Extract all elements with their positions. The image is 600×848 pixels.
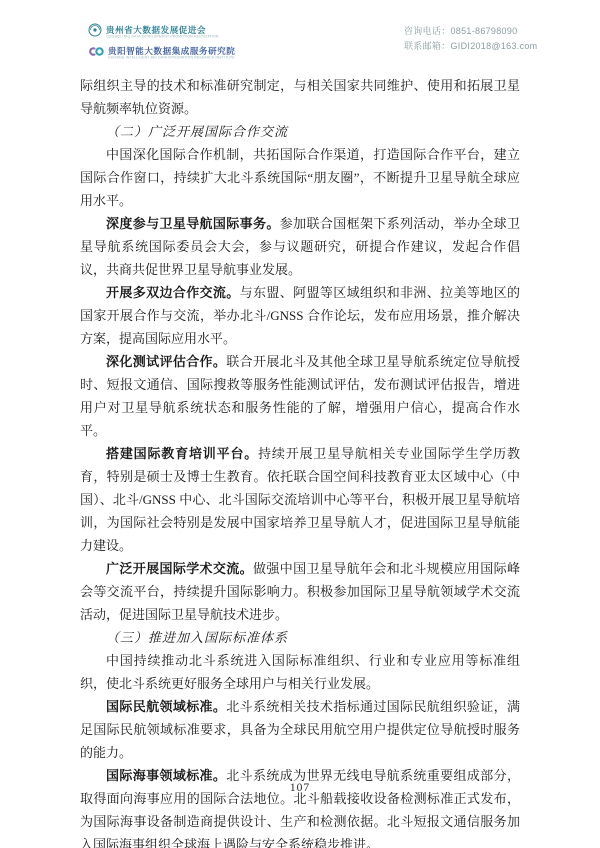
paragraph: 广泛开展国际学术交流。做强中国卫星导航年会和北斗规模应用国际峰会等交流平台，持续… — [80, 557, 520, 626]
paragraph: 中国持续推动北斗系统进入国际标准组织、行业和专业应用等标准组织，使北斗系统更好服… — [80, 649, 520, 695]
paragraph: 中国深化国际合作机制，共拓国际合作渠道，打造国际合作平台，建立国际合作窗口，持续… — [80, 143, 520, 212]
contact-email: 联系邮箱：GIDI2018@163.com — [404, 39, 537, 54]
org2-logo: 贵阳智能大数据集成服务研究院 GUIYANG INTELLIGENT BIG D… — [88, 45, 257, 63]
contact-phone: 咨询电话：0851-86798090 — [404, 24, 537, 39]
header-contact: 咨询电话：0851-86798090 联系邮箱：GIDI2018@163.com — [404, 24, 537, 54]
paragraph: 开展多双边合作交流。与东盟、阿盟等区域组织和非洲、拉美等地区的国家开展合作与交流… — [80, 281, 520, 350]
paragraph: 搭建国际教育培训平台。持续开展卫星导航相关专业国际学生学历教育，特别是硕士及博士… — [80, 442, 520, 557]
document-body: 际组织主导的技术和标准研究制定，与相关国家共同维护、使用和拓展卫星导航频率轨位资… — [80, 74, 520, 848]
section-heading-3: （三）推进加入国际标准体系 — [80, 626, 520, 649]
paragraph-lead: 国际民航领域标准。 — [106, 699, 226, 714]
org2-subtitle: GUIYANG INTELLIGENT BIG DATA INTEGRATION… — [108, 56, 235, 60]
paragraph: 深度参与卫星导航国际事务。参加联合国框架下系列活动，举办全球卫星导航系统国际委员… — [80, 212, 520, 281]
paragraph-lead: 开展多双边合作交流。 — [106, 285, 240, 300]
paragraph: 国际海事领域标准。北斗系统成为世界无线电导航系统重要组成部分，取得面向海事应用的… — [80, 764, 520, 848]
org1-subtitle: GUIZHOU BIG DATA DEVELOPMENT PROMOTION A… — [106, 35, 219, 39]
paragraph-lead: 搭建国际教育培训平台。 — [106, 446, 258, 461]
paragraph-continuation: 际组织主导的技术和标准研究制定，与相关国家共同维护、使用和拓展卫星导航频率轨位资… — [80, 74, 520, 120]
paragraph: 深化测试评估合作。联合开展北斗及其他全球卫星导航系统定位导航授时、短报文通信、国… — [80, 350, 520, 442]
org1-emblem-icon — [88, 23, 102, 42]
page-number: 107 — [0, 782, 600, 794]
paragraph-lead: 广泛开展国际学术交流。 — [106, 561, 253, 576]
org2-emblem-icon — [88, 45, 104, 63]
org1-logo: 贵州省大数据发展促进会 GUIZHOU BIG DATA DEVELOPMENT… — [88, 23, 257, 42]
paragraph-lead: 深化测试评估合作。 — [106, 354, 226, 369]
paragraph-lead: 深度参与卫星导航国际事务。 — [106, 216, 280, 231]
section-heading-2: （二）广泛开展国际合作交流 — [80, 120, 520, 143]
paragraph-lead: 国际海事领域标准。 — [106, 768, 226, 783]
document-page: 贵州省大数据发展促进会 GUIZHOU BIG DATA DEVELOPMENT… — [0, 0, 600, 848]
paragraph: 国际民航领域标准。北斗系统相关技术指标通过国际民航组织验证，满足国际民航领域标准… — [80, 695, 520, 764]
header-logos: 贵州省大数据发展促进会 GUIZHOU BIG DATA DEVELOPMENT… — [88, 23, 257, 66]
